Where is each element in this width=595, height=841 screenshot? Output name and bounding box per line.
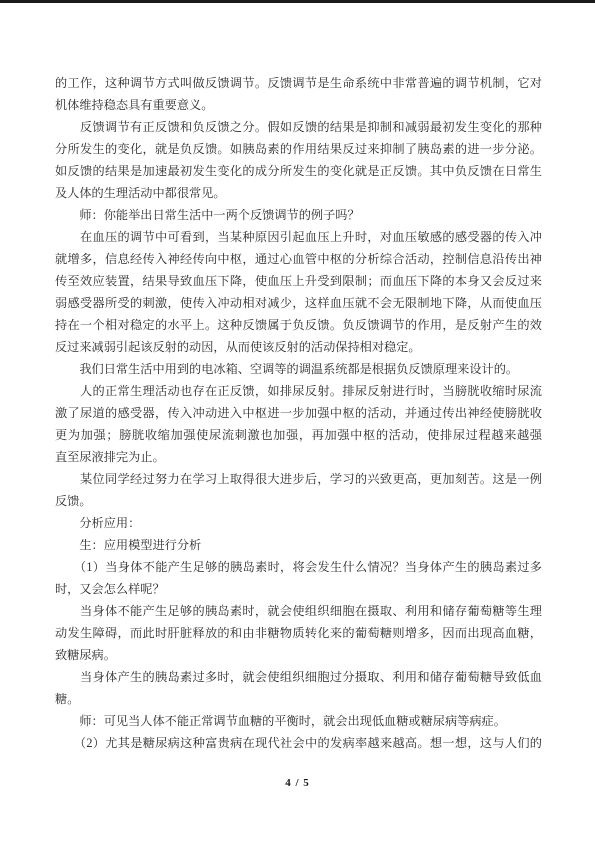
- text-line: 时，又会怎么样呢？: [55, 578, 542, 600]
- text-line: 人的正常生理活动也存在正反馈，如排尿反射。排尿反射进行时，当膀胱收缩时尿流刺: [55, 380, 542, 402]
- page-number: 4 / 5: [285, 777, 310, 789]
- text-line: 反馈调节有正反馈和负反馈之分。假如反馈的结果是抑制和减弱最初发生变化的那种成: [55, 116, 542, 138]
- text-line: 当身体不能产生足够的胰岛素时，就会使组织细胞在摄取、利用和储存葡萄糖等生理活: [55, 600, 542, 622]
- text-line: 持在一个相对稳定的水平上。这种反馈属于负反馈。负反馈调节的作用，是反射产生的效应: [55, 314, 542, 336]
- text-line: 师：你能举出日常生活中一两个反馈调节的例子吗？: [55, 204, 542, 226]
- text-line: 师：可见当人体不能正常调节血糖的平衡时，就会出现低血糖或糖尿病等病症。: [55, 710, 542, 732]
- document-body: 的工作，这种调节方式叫做反馈调节。反馈调节是生命系统中非常普遍的调节机制，它对于…: [55, 72, 542, 754]
- text-line: （1）当身体不能产生足够的胰岛素时，将会发生什么情况？当身体产生的胰岛素过多: [55, 556, 542, 578]
- text-line: （2）尤其是糖尿病这种富贵病在现代社会中的发病率越来越高。想一想，这与人们的饮: [55, 732, 542, 754]
- text-line: 就增多，信息经传入神经传向中枢，通过心血管中枢的分析综合活动，控制信息沿传出神经: [55, 248, 542, 270]
- text-line: 反馈。: [55, 490, 542, 512]
- text-line: 如反馈的结果是加速最初发生变化的成分所发生的变化就是正反馈。其中负反馈在日常生活: [55, 160, 542, 182]
- text-line: 我们日常生活中用到的电冰箱、空调等的调温系统都是根据负反馈原理来设计的。: [55, 358, 542, 380]
- text-line: 的工作，这种调节方式叫做反馈调节。反馈调节是生命系统中非常普遍的调节机制，它对于: [55, 72, 542, 94]
- text-line: 当身体产生的胰岛素过多时，就会使组织细胞过分摄取、利用和储存葡萄糖导致低血: [55, 666, 542, 688]
- text-line: 弱感受器所受的刺激，使传入冲动相对减少，这样血压就不会无限制地下降，从而使血压保: [55, 292, 542, 314]
- text-line: 直至尿液排完为止。: [55, 446, 542, 468]
- page-footer: 4 / 5: [0, 773, 595, 791]
- text-line: 在血压的调节中可看到，当某种原因引起血压上升时，对血压敏感的感受器的传入冲动: [55, 226, 542, 248]
- text-line: 某位同学经过努力在学习上取得很大进步后，学习的兴致更高，更加刻苦。这是一例正: [55, 468, 542, 490]
- document-page: 的工作，这种调节方式叫做反馈调节。反馈调节是生命系统中非常普遍的调节机制，它对于…: [0, 0, 595, 841]
- text-line: 糖。: [55, 688, 542, 710]
- text-line: 反过来减弱引起该反射的动因，从而使该反射的活动保持相对稳定。: [55, 336, 542, 358]
- top-border-bar: [0, 0, 595, 3]
- text-line: 机体维持稳态具有重要意义。: [55, 94, 542, 116]
- text-line: 动发生障碍，而此时肝脏释放的和由非糖物质转化来的葡萄糖则增多，因而出现高血糖，导: [55, 622, 542, 644]
- text-line: 传至效应装置，结果导致血压下降，使血压上升受到限制；而血压下降的本身又会反过来减: [55, 270, 542, 292]
- text-line: 分析应用：: [55, 512, 542, 534]
- text-line: 生：应用模型进行分析: [55, 534, 542, 556]
- text-line: 更为加强；膀胱收缩加强使尿流刺激也加强，再加强中枢的活动，使排尿过程越来越强烈，: [55, 424, 542, 446]
- text-line: 致糖尿病。: [55, 644, 542, 666]
- text-line: 及人体的生理活动中都很常见。: [55, 182, 542, 204]
- text-line: 激了尿道的感受器，传入冲动进入中枢进一步加强中枢的活动，并通过传出神经使膀胱收缩: [55, 402, 542, 424]
- text-line: 分所发生的变化，就是负反馈。如胰岛素的作用结果反过来抑制了胰岛素的进一步分泌。假: [55, 138, 542, 160]
